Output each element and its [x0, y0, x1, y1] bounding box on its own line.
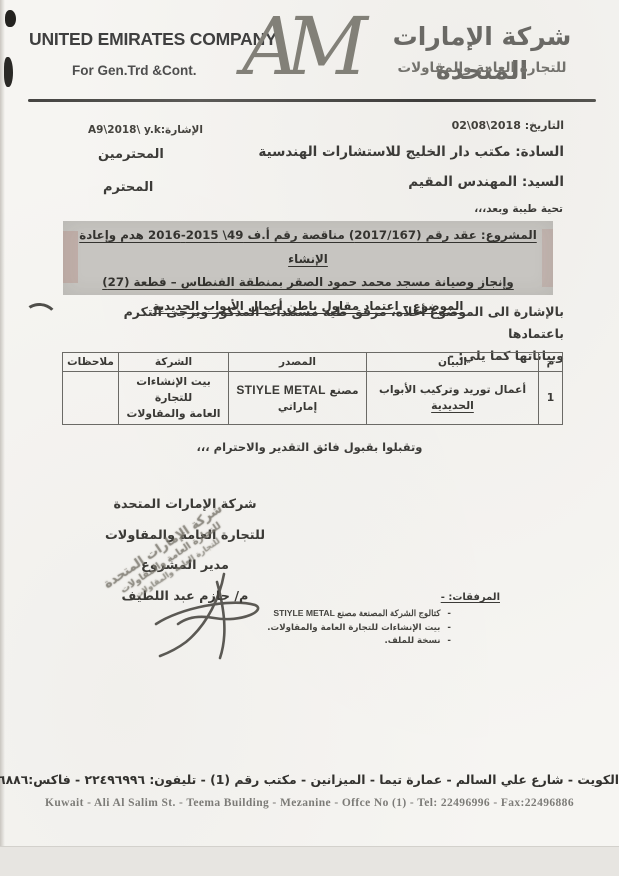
- table-row: 1 أعمال توريد وتركيب الأبواب الحديدية مص…: [63, 372, 563, 425]
- footer-address-english: Kuwait - Ali Al Salim St. - Teema Buildi…: [0, 797, 619, 810]
- honorific: المحترم: [103, 180, 153, 195]
- reference-label: الإشارة:: [161, 124, 203, 136]
- greeting: تحية طيبة وبعد،،،: [474, 203, 563, 215]
- cell-notes: [63, 372, 119, 425]
- addressee-line: السيد: المهندس المقيم: [408, 174, 564, 190]
- header-divider: [28, 99, 596, 102]
- addressee-line: السادة: مكتب دار الخليج للاستشارات الهند…: [258, 144, 564, 160]
- col-header-source: المصدر: [229, 353, 367, 372]
- table-header-row: م البيان المصدر الشركة ملاحظات: [63, 353, 563, 372]
- cell-company: بيت الإنشاءات للتجارة العامة والمقاولات: [119, 372, 229, 425]
- scanned-letter-page: UNITED EMIRATES COMPANY For Gen.Trd &Con…: [0, 0, 619, 876]
- cell-source: مصنع STIYLE METAL إماراتي: [229, 372, 367, 425]
- subcontractor-table: م البيان المصدر الشركة ملاحظات 1 أعمال ت…: [62, 352, 563, 425]
- date-line: التاريخ: 02\08\2018: [452, 119, 564, 132]
- col-header-company: الشركة: [119, 353, 229, 372]
- attachment-item: -بيت الإنشاءات للتجارة العامة والمقاولات…: [261, 622, 451, 636]
- subject-block: المشروع: عقد رقم (2017/167) مناقصة رقم أ…: [63, 221, 553, 295]
- attachment-item: -نسخة للملف.: [261, 635, 451, 649]
- scan-bottom-band: [0, 846, 619, 876]
- date-value: 02\08\2018: [452, 119, 521, 132]
- brand-name: STIYLE METAL: [236, 383, 325, 397]
- footer-address-arabic: الكويت - شارع علي السالم - عمارة تيما - …: [0, 772, 619, 787]
- subject-line-1: المشروع: عقد رقم (2017/167) مناقصة رقم أ…: [63, 224, 553, 271]
- col-header-no: م: [539, 353, 563, 372]
- scan-smudge: [542, 229, 553, 287]
- cell-description: أعمال توريد وتركيب الأبواب الحديدية: [367, 372, 539, 425]
- subject-line-2: وإنجاز وصيانة مسجد محمد حمود الصقر بمنطق…: [63, 271, 553, 295]
- scan-smudge: [63, 231, 78, 283]
- cell-no: 1: [539, 372, 563, 425]
- scan-edge-shadow: [0, 0, 5, 876]
- attachments-list: -كتالوج الشركة المصنعة مصنع STIYLE METAL…: [261, 607, 451, 649]
- reference-line: الإشارة:A9\2018\ y.k: [88, 124, 203, 136]
- col-header-notes: ملاحظات: [63, 353, 119, 372]
- body-line-1: بالإشارة الى الموضوع أعلاه، مرفق طيه مست…: [84, 301, 564, 345]
- col-header-description: البيان: [367, 353, 539, 372]
- date-label: التاريخ:: [525, 119, 564, 132]
- company-tagline-arabic: للتجارة العامة والمقاولات: [357, 60, 607, 76]
- honorific: المحترمين: [98, 147, 164, 162]
- scan-artifact: [5, 10, 16, 27]
- am-monogram-logo: AM: [233, 2, 363, 92]
- scan-artifact: [4, 57, 13, 87]
- company-tagline-english: For Gen.Trd &Cont.: [72, 63, 197, 78]
- closing-salutation: وتقبلوا بقبول فائق التقدير والاحترام ،،،: [0, 440, 619, 454]
- pen-mark: [22, 301, 59, 332]
- attachments-title: المرفقات: -: [441, 592, 500, 603]
- attachment-item: -كتالوج الشركة المصنعة مصنع STIYLE METAL: [261, 607, 451, 622]
- company-name-arabic: شركة الإمارات المتحدة: [357, 20, 607, 88]
- reference-value: A9\2018\ y.k: [88, 124, 161, 136]
